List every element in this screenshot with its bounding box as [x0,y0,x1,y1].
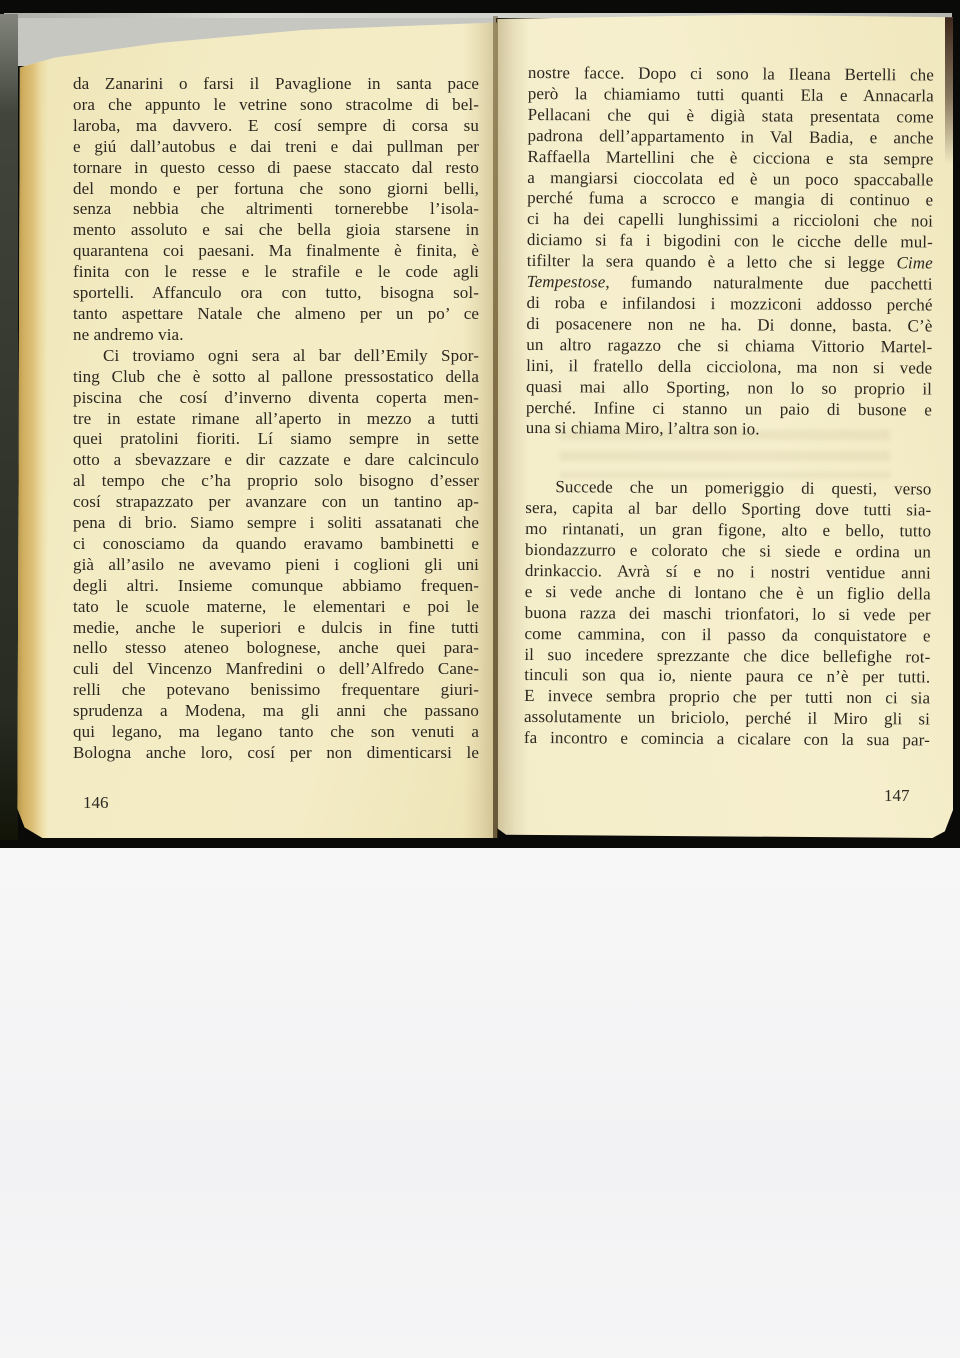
text-line: sportelli. Affanculo ora con tutto, biso… [73,283,479,304]
text-line: Bologna anche loro, cosí per non dimenti… [73,743,479,764]
book-left-cover-edge [0,14,18,840]
text-line: fa incontro e comincia a cicalare con la… [524,728,930,751]
text-line: cosí strapazzato per avanzare con un tan… [73,492,479,513]
text-line: tato le scuole materne, le elementari e … [73,597,479,618]
text-line: culi del Vincenzo Manfredini o dell’Alfr… [73,659,479,680]
text-line: tanto aspettare Natale che almeno per un… [73,304,479,325]
text-line: perché. Infine ci stanno un paio di buso… [526,397,932,420]
text-line: come cammina, con il passo da conquistat… [524,624,930,647]
text-line: ci ha dei capelli lunghissimi a ricciolo… [527,209,933,232]
book-spine-gutter [493,16,498,838]
text-line: sera, capita al bar dello Sporting dove … [525,498,931,521]
text-line: però la chiamiamo tutti quanti Ela e Ann… [528,84,934,107]
text-line: mento assoluto e sai che bella gioia sta… [73,220,479,241]
book-right-cover-edge [945,14,953,164]
text-line: otto a sbevazzare e dir cazzate e dare c… [73,450,479,471]
scanned-book-spread: da Zanarini o farsi il Pavaglione in san… [0,0,960,1358]
text-line: nello stesso ateneo bolognese, anche que… [73,638,479,659]
text-line: diciamo si fa i bigodini con le cicche d… [527,230,933,253]
text-line: quasi mai allo Sporting, non lo so propr… [526,377,932,400]
text-line: ora che appunto le vetrine sono stracolm… [73,95,479,116]
text-line: Ci troviamo ogni sera al bar dell’Emily … [73,346,479,367]
text-line: perché fuma a scrocco e mangia di contin… [527,188,933,211]
text-line: tinculi son qua io, niente paura ce n’è … [524,665,930,688]
page-stack-fore-edge [16,20,48,838]
text-line: a mangiarsi cioccolata ed è un poco spac… [527,168,933,191]
text-line: relli che potevano benissimo frequentare… [73,680,479,701]
text-line: Tempestose, fumando naturalmente due pac… [527,272,933,295]
text-line: Pellacani che qui è digià stata presenta… [528,105,934,128]
text-line: mo rintanati, un gran figone, alto e bel… [525,519,931,542]
text-line: e si vede anche di lontano che è un figl… [525,582,931,605]
page-number-left: 146 [83,793,109,813]
text-line: di roba e infilandosi i mozziconi addoss… [526,293,932,316]
text-line: il suo incedere sprezzante che dice bell… [524,645,930,668]
text-line: lini, il fratello della cicciolona, ma n… [526,356,932,379]
right-page-text: nostre facce. Dopo ci sono la Ileana Ber… [524,63,934,752]
text-line: e giú dall’autobus e dai treni e dai pul… [73,137,479,158]
page-number-right: 147 [884,786,910,806]
text-line: da Zanarini o farsi il Pavaglione in san… [73,74,479,95]
text-line: senza nebbia che altrimenti tornerebbe l… [73,199,479,220]
text-line: finita con le resse e le strafile e le c… [73,262,479,283]
text-line: sprudenza a Modena, ma gli anni che pass… [73,701,479,722]
text-line: laroba, ma davvero. E cosí sempre di cor… [73,116,479,137]
text-line: quarantena coi paesani. Ma finalmente è … [73,241,479,262]
text-line: del mondo e per fortuna che sono giorni … [73,179,479,200]
text-line: ci conosciamo da quando eravamo bambinet… [73,534,479,555]
text-line: biondazzurro e colorato che si siede e o… [525,540,931,563]
text-line: piscina che cosí d’inverno diventa coper… [73,388,479,409]
text-line: nostre facce. Dopo ci sono la Ileana Ber… [528,63,934,86]
text-line: al tempo che c’ha proprio solo bisogno d… [73,471,479,492]
text-line: una si chiama Miro, l’altra son io. [526,418,932,441]
text-line: assolutamente un briciolo, perché il Mir… [524,707,930,730]
paragraph-gap [525,439,931,479]
text-line: ne andremo via. [73,325,479,346]
text-line: ting Club che è sotto al pallone pressos… [73,367,479,388]
text-line: pena di brio. Siamo sempre i soliti assa… [73,513,479,534]
text-line: drinkaccio. Avrà sí e no i nostri ventid… [525,561,931,584]
text-line: Raffaella Martellini che è cicciona e st… [527,147,933,170]
text-line: tifilter la sera quando è a letto che si… [527,251,933,274]
text-line: qui legano, ma legano tanto che son venu… [73,722,479,743]
text-line: padrona dell’appartamento in Val Badia, … [527,126,933,149]
text-line: tornare in questo cesso di paese staccat… [73,158,479,179]
text-line: medie, anche le superiori e dulcis in fi… [73,618,479,639]
text-line: di posacenere non ne ha. Di donne, basta… [526,314,932,337]
text-line: E invece sembra proprio che per tutti no… [524,686,930,709]
text-line: quei pratolini fioriti. Lí siamo sempre … [73,429,479,450]
left-page-text: da Zanarini o farsi il Pavaglione in san… [73,74,479,764]
text-line: un altro ragazzo che si chiama Vittorio … [526,335,932,358]
text-line: degli altri. Insieme comunque abbiamo fr… [73,576,479,597]
text-line: Succede che un pomeriggio di questi, ver… [525,477,931,500]
text-line: buona razza dei maschi trionfatori, lo s… [525,603,931,626]
text-line: già all’asilo ne avevamo pieni i coglion… [73,555,479,576]
text-line: tre in estate rimane all’aperto in mezzo… [73,409,479,430]
